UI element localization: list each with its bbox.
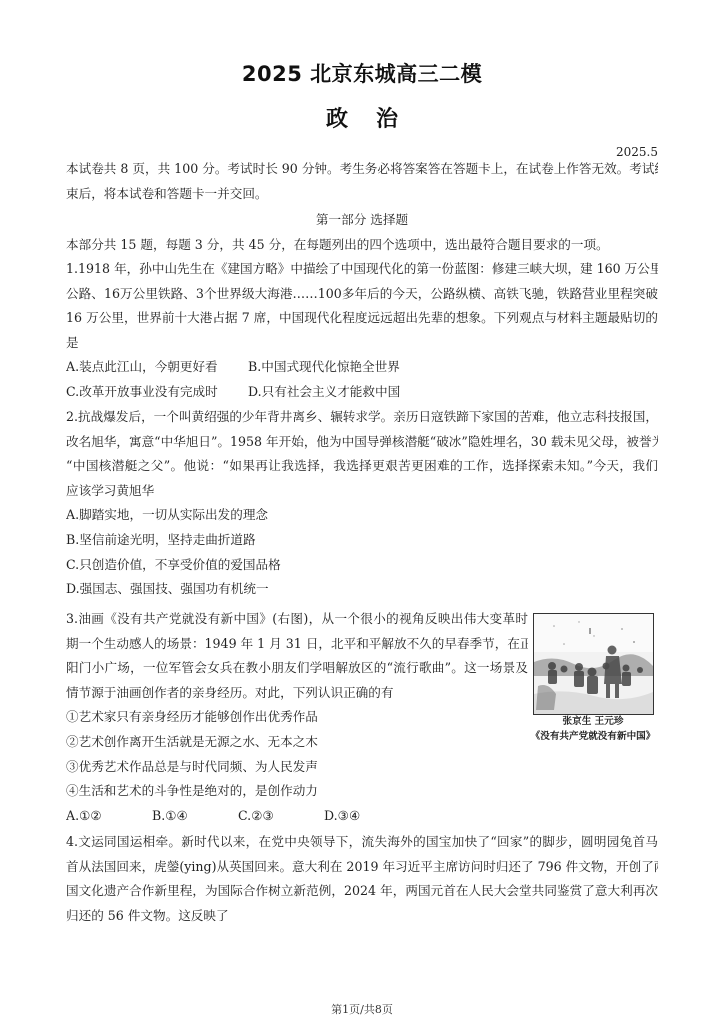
- question-stem-line: 公路、16万公里铁路、3个世界级大海港……100多年后的今天，公路纵横、高铁飞驰…: [66, 282, 658, 307]
- statement-2: ②艺术创作离开生活就是无源之水、无本之木: [66, 730, 528, 755]
- subject-char: 政: [326, 107, 348, 132]
- option-c: C.改革开放事业没有完成时: [66, 380, 248, 405]
- statement-3: ③优秀艺术作品总是与时代同频、为人民发声: [66, 755, 528, 780]
- question-stem-line: 首从法国回来，虎鎣(ying)从英国回来。意大利在 2019 年习近平主席访问时…: [66, 855, 658, 880]
- painting-image-icon: [534, 614, 653, 714]
- part1-section: 第一部分 选择题 本部分共 15 题，每题 3 分，共 45 分，在每题列出的四…: [66, 208, 658, 257]
- page-indicator: 第1页/共8页: [0, 1001, 724, 1017]
- exam-title: 2025 北京东城高三二模: [0, 58, 724, 88]
- part1-intro: 本部分共 15 题，每题 3 分，共 45 分，在每题列出的四个选项中，选出最符…: [66, 233, 658, 258]
- subject-char: 治: [376, 107, 398, 132]
- option-a: A.装点此江山，今朝更好看: [66, 355, 248, 380]
- question-stem-line: 归还的 56 件文物。这反映了: [66, 904, 658, 929]
- subject-title: 政治: [0, 102, 724, 133]
- options-row: A.装点此江山，今朝更好看 B.中国式现代化惊艳全世界: [66, 355, 658, 380]
- option-b: B.①④: [152, 804, 238, 829]
- options-row: A.①② B.①④ C.②③ D.③④: [66, 804, 528, 829]
- part1-heading: 第一部分 选择题: [66, 208, 658, 233]
- question-stem-line: 国文化遗产合作新里程，为国际合作树立新范例，2024 年，两国元首在人民大会堂共…: [66, 879, 658, 904]
- option-d: D.③④: [324, 804, 410, 829]
- instructions: 本试卷共 8 页，共 100 分。考试时长 90 分钟。考生务必将答案答在答题卡…: [66, 157, 658, 206]
- instruction-line: 束后，将本试卷和答题卡一并交回。: [66, 182, 658, 207]
- instruction-line: 本试卷共 8 页，共 100 分。考试时长 90 分钟。考生务必将答案答在答题卡…: [66, 157, 658, 182]
- statement-1: ①艺术家只有亲身经历才能够创作出优秀作品: [66, 705, 528, 730]
- option-b: B.中国式现代化惊艳全世界: [248, 355, 430, 380]
- question-stem-line: 4.文运同国运相牵。新时代以来，在党中央领导下，流失海外的国宝加快了“回家”的脚…: [66, 830, 658, 855]
- question-stem-line: “中国核潜艇之父”。他说：“如果再让我选择，我选择更艰苦更困难的工作，选择探索未…: [66, 454, 658, 479]
- question-stem-line: 改名旭华，寓意“中华旭日”。1958 年开始，他为中国导弹核潜艇“破冰”隐姓埋名…: [66, 430, 658, 455]
- oil-painting-figure: [533, 613, 654, 715]
- option-a: A.脚踏实地，一切从实际出发的理念: [66, 503, 658, 528]
- question-4: 4.文运同国运相牵。新时代以来，在党中央领导下，流失海外的国宝加快了“回家”的脚…: [66, 830, 658, 928]
- option-c: C.只创造价值，不享受价值的爱国品格: [66, 553, 658, 578]
- question-stem-line: 阳门小广场，一位军管会女兵在教小朋友们学唱解放区的“流行歌曲”。这一场景及: [66, 656, 528, 681]
- question-stem-line: 期一个生动感人的场景：1949 年 1 月 31 日，北平和平解放不久的早春季节…: [66, 632, 528, 657]
- exam-page: 2025 北京东城高三二模 政治 2025.5 本试卷共 8 页，共 100 分…: [0, 0, 724, 1024]
- question-stem-line: 16 万公里，世界前十大港占据 7 席，中国现代化程度远远超出先辈的想象。下列观…: [66, 306, 658, 331]
- question-stem-line: 应该学习黄旭华: [66, 479, 658, 504]
- option-a: A.①②: [66, 804, 152, 829]
- question-stem-line: 1.1918 年，孙中山先生在《建国方略》中描绘了中国现代化的第一份蓝图：修建三…: [66, 257, 658, 282]
- figure-caption-authors: 张京生 王元珍: [522, 715, 664, 729]
- option-b: B.坚信前途光明，坚持走曲折道路: [66, 528, 658, 553]
- question-stem-line: 情节源于油画创作者的亲身经历。对此，下列认识正确的有: [66, 681, 528, 706]
- question-2: 2.抗战爆发后，一个叫黄绍强的少年背井离乡、辗转求学。亲历日寇铁蹄下家国的苦难，…: [66, 405, 658, 602]
- option-d: D.强国志、强国技、强国功有机统一: [66, 577, 658, 602]
- options-row: C.改革开放事业没有完成时 D.只有社会主义才能救中国: [66, 380, 658, 405]
- question-1: 1.1918 年，孙中山先生在《建国方略》中描绘了中国现代化的第一份蓝图：修建三…: [66, 257, 658, 405]
- option-d: D.只有社会主义才能救中国: [248, 380, 430, 405]
- question-stem-line: 2.抗战爆发后，一个叫黄绍强的少年背井离乡、辗转求学。亲历日寇铁蹄下家国的苦难，…: [66, 405, 658, 430]
- question-stem-line: 3.油画《没有共产党就没有新中国》(右图)，从一个很小的视角反映出伟大变革时: [66, 607, 528, 632]
- question-3: 3.油画《没有共产党就没有新中国》(右图)，从一个很小的视角反映出伟大变革时 期…: [66, 607, 528, 828]
- option-c: C.②③: [238, 804, 324, 829]
- question-stem-line: 是: [66, 331, 658, 356]
- figure-caption-title: 《没有共产党就没有新中国》: [522, 730, 664, 744]
- statement-4: ④生活和艺术的斗争性是绝对的，是创作动力: [66, 779, 528, 804]
